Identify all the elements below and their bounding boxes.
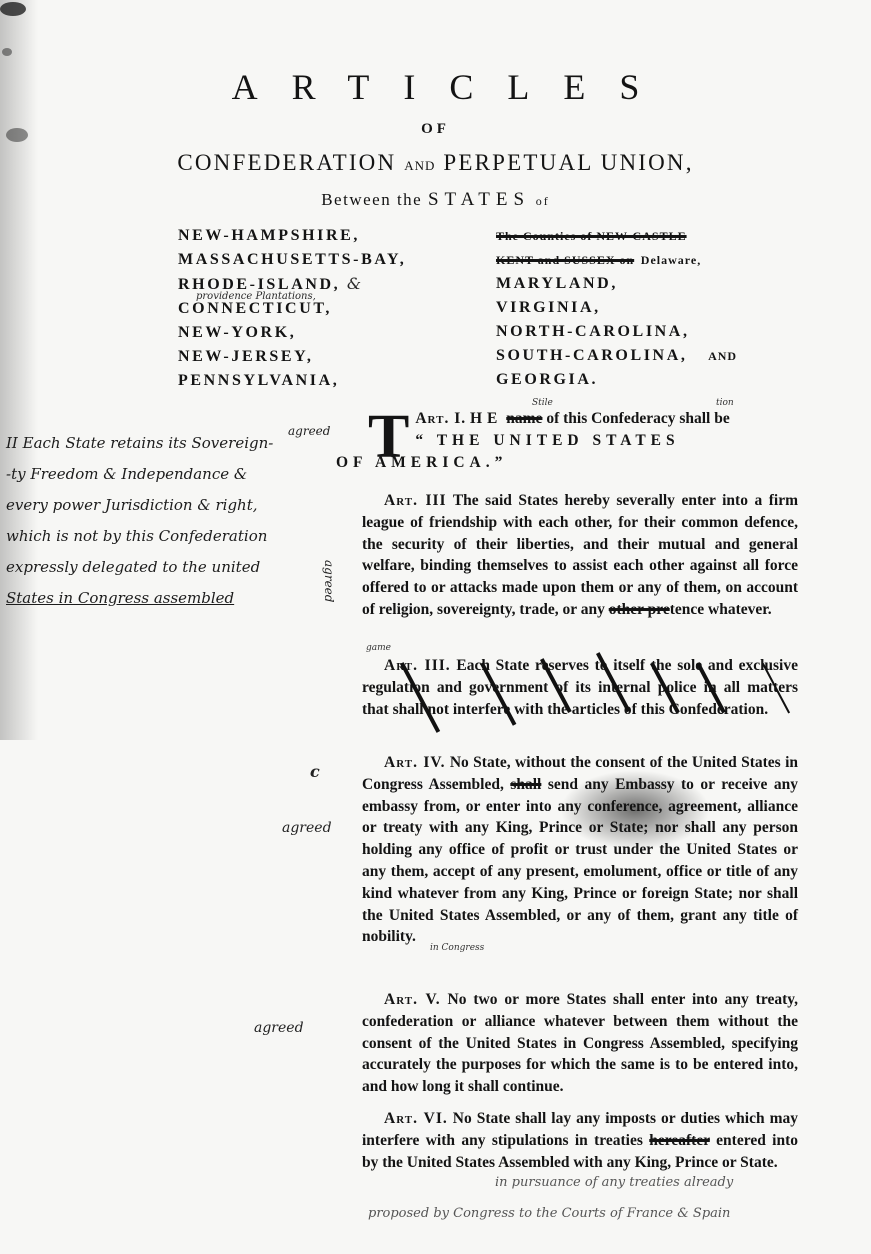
annotation-game: game xyxy=(366,643,391,653)
state-north-carolina: NORTH-CAROLINA, xyxy=(496,320,737,344)
margin-agreed-art5: agreed xyxy=(254,1020,304,1036)
state-south-carolina: SOUTH-CAROLINA, AND xyxy=(496,344,737,368)
article-6-label: Art. VI. xyxy=(384,1110,448,1127)
article-1-label: Art. I. xyxy=(415,410,466,427)
article-6: Art. VI. No State shall lay any imposts … xyxy=(362,1108,798,1173)
state-georgia: GEORGIA. xyxy=(496,368,737,392)
ampersand-annotation: & xyxy=(347,274,364,293)
title-of: OF xyxy=(0,121,871,138)
margin-agreed-side: agreed xyxy=(322,560,336,602)
ink-blot xyxy=(2,48,12,56)
state-new-hampshire: NEW-HAMPSHIRE, xyxy=(178,224,406,248)
document-subtitle: CONFEDERATION AND PERPETUAL UNION, xyxy=(0,150,871,176)
state-new-jersey: NEW-JERSEY, xyxy=(178,345,406,369)
insert-stile: Stile xyxy=(532,398,553,408)
article-1-end: OF AMERICA.” xyxy=(336,452,772,474)
article-2-label: Art. III xyxy=(384,492,447,509)
margin-agreed-art4: agreed xyxy=(282,820,332,836)
state-maryland: MARYLAND, xyxy=(496,272,737,296)
article-3-label: Art. III. xyxy=(384,657,451,674)
state-new-york: NEW-YORK, xyxy=(178,321,406,345)
document-title: ARTICLES xyxy=(0,66,871,108)
struck-name: name xyxy=(506,410,542,427)
state-virginia: VIRGINIA, xyxy=(496,296,737,320)
between-line: Between the STATES of xyxy=(0,189,871,211)
between-text: Between the xyxy=(321,190,422,209)
states-list-left: NEW-HAMPSHIRE, MASSACHUSETTS-BAY, RHODE-… xyxy=(178,224,406,393)
states-list-right: The Counties of NEW-CASTLE KENT and SUSS… xyxy=(496,224,737,392)
margin-note-article-2: II Each State retains its Sovereign- -ty… xyxy=(6,428,366,614)
ink-blot xyxy=(0,2,26,16)
article-4-label: Art. IV. xyxy=(384,754,445,771)
insert-tion: tion xyxy=(716,398,734,408)
handwritten-addition-2: proposed by Congress to the Courts of Fr… xyxy=(368,1206,730,1221)
article-5: Art. V. No two or more States shall ente… xyxy=(362,989,798,1098)
subtitle-confederation: CONFEDERATION xyxy=(177,150,396,175)
article-4: Art. IV. No State, without the consent o… xyxy=(362,752,798,948)
article-5-label: Art. V. xyxy=(384,991,441,1008)
delaware-counties-struck: The Counties of NEW-CASTLE xyxy=(496,224,737,248)
states-word: STATES xyxy=(428,189,530,210)
of-word: of xyxy=(536,194,550,208)
subtitle-and: AND xyxy=(404,158,435,173)
page-edge-shadow xyxy=(0,0,38,740)
providence-plantations-annotation: providence Plantations, xyxy=(196,291,316,302)
state-delaware: KENT and SUSSEX on Delaware, xyxy=(496,248,737,272)
article-2: Art. III The said States hereby severall… xyxy=(362,490,798,621)
margin-mark-c: c xyxy=(310,762,320,781)
handwritten-addition-1: in pursuance of any treaties already xyxy=(495,1175,733,1190)
state-massachusetts-bay: MASSACHUSETTS-BAY, xyxy=(178,248,406,272)
subtitle-perpetual-union: PERPETUAL UNION, xyxy=(443,150,693,175)
state-pennsylvania: PENNSYLVANIA, xyxy=(178,369,406,393)
